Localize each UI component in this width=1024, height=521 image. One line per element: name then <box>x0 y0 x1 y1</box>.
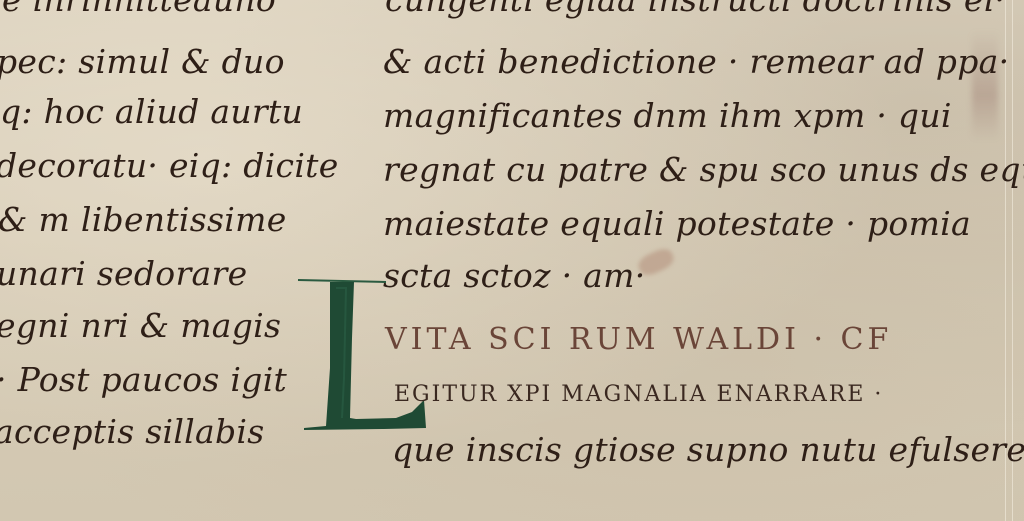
text-line: & acti benedictione · remear ad ppa· <box>383 42 1009 82</box>
text-line: egni nri & magis <box>0 306 281 346</box>
text-line: acceptis sillabis <box>0 412 265 452</box>
text-line: unari sedorare <box>0 254 247 294</box>
rubric-title: VITA SCI RUM WALDI · CF <box>385 322 892 358</box>
manuscript-page: ae inrinnitteauno pec: simul & duo q: ho… <box>0 0 1024 521</box>
text-line: & m libentissime <box>0 200 287 240</box>
text-line: · Post paucos igit <box>0 360 287 400</box>
rubric-incipit: EGITUR XPI MAGNALIA ENARRARE · <box>394 380 883 410</box>
text-line: pec: simul & duo <box>0 42 285 82</box>
text-line: cungenti egiaa instructi doctrinis ei· <box>385 0 1005 20</box>
text-line: regnat cu patre & spu sco unus ds equali <box>383 150 1024 190</box>
text-line: q: hoc aliud aurtu <box>0 92 303 132</box>
text-line: ae inrinnitteauno <box>0 0 276 20</box>
text-line: magnificantes dnm ihm xpm · qui <box>383 96 952 136</box>
text-line: decoratu· eiq: dicite <box>0 146 339 186</box>
text-line: que inscis gtiose supno nutu efulsere · <box>392 430 1024 470</box>
text-line: maiestate equali potestate · pomia <box>383 204 971 244</box>
